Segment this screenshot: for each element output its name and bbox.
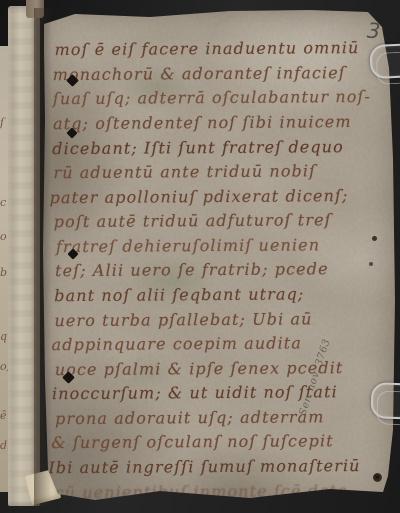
text-line: rū aduentū ante triduū nobiſ [53, 161, 316, 182]
page-clip-bottom [370, 382, 400, 420]
text-line: fratreſ dehieruſolimiſ uenien [56, 235, 320, 256]
spine-top-edge [26, 0, 44, 18]
text-line: Ibi autē ingreſſi ſumuſ monaſteriū [48, 456, 360, 477]
text-block: moſ ē eiſ facere inaduentu omniū monacho… [38, 7, 397, 507]
text-line: & ſurgenſ oſculanſ noſ ſuſcepit [51, 431, 334, 452]
page-number: 3 [366, 19, 381, 44]
text-line: moſ ē eiſ facere inaduentu omniū [54, 38, 359, 59]
text-line: teſ; Alii uero ſe fratrib; pcede [55, 259, 329, 280]
text-line: pater apolloniuſ pdixerat dicenſ; [50, 186, 349, 207]
text-line: atq; oſtendenteſ noſ ſibi inuicem [53, 112, 352, 133]
wormhole [373, 473, 382, 482]
text-line: poſt autē triduū adfuturoſ treſ [54, 210, 332, 231]
text-line: ſuaſ uſq; adterrā oſculabantur noſ- [53, 87, 371, 108]
text-line: adppinquare coepim audita [52, 333, 302, 354]
text-line: dicebant; Iſti ſunt fratreſ dequo [52, 137, 344, 158]
page-clip-top [369, 43, 400, 80]
text-line: uoce pſalmi & ipſe ſenex pcedit [55, 358, 344, 379]
margin-dot [369, 262, 373, 266]
text-line: inoccurſum; & ut uidit noſ ſtati [52, 382, 338, 403]
margin-dot [372, 236, 377, 241]
parchment-page: moſ ē eiſ facere inaduentu omniū monacho… [40, 8, 396, 506]
binding-stub [8, 6, 40, 506]
text-line: monachorū & adoranteſ infacieſ [53, 63, 346, 84]
text-line: prona adorauit uſq; adterram [55, 407, 325, 428]
text-line: uero turba pſallebat; Ubi aū [54, 309, 312, 330]
text-line: bant noſ alii ſeqbant utraq; [54, 284, 304, 305]
text-line: cū uenientibuſ inmonte ſcē data [55, 481, 348, 502]
manuscript-photo: ſ c o b q o; ē dı moſ ē eiſ facere inadu… [0, 0, 400, 513]
